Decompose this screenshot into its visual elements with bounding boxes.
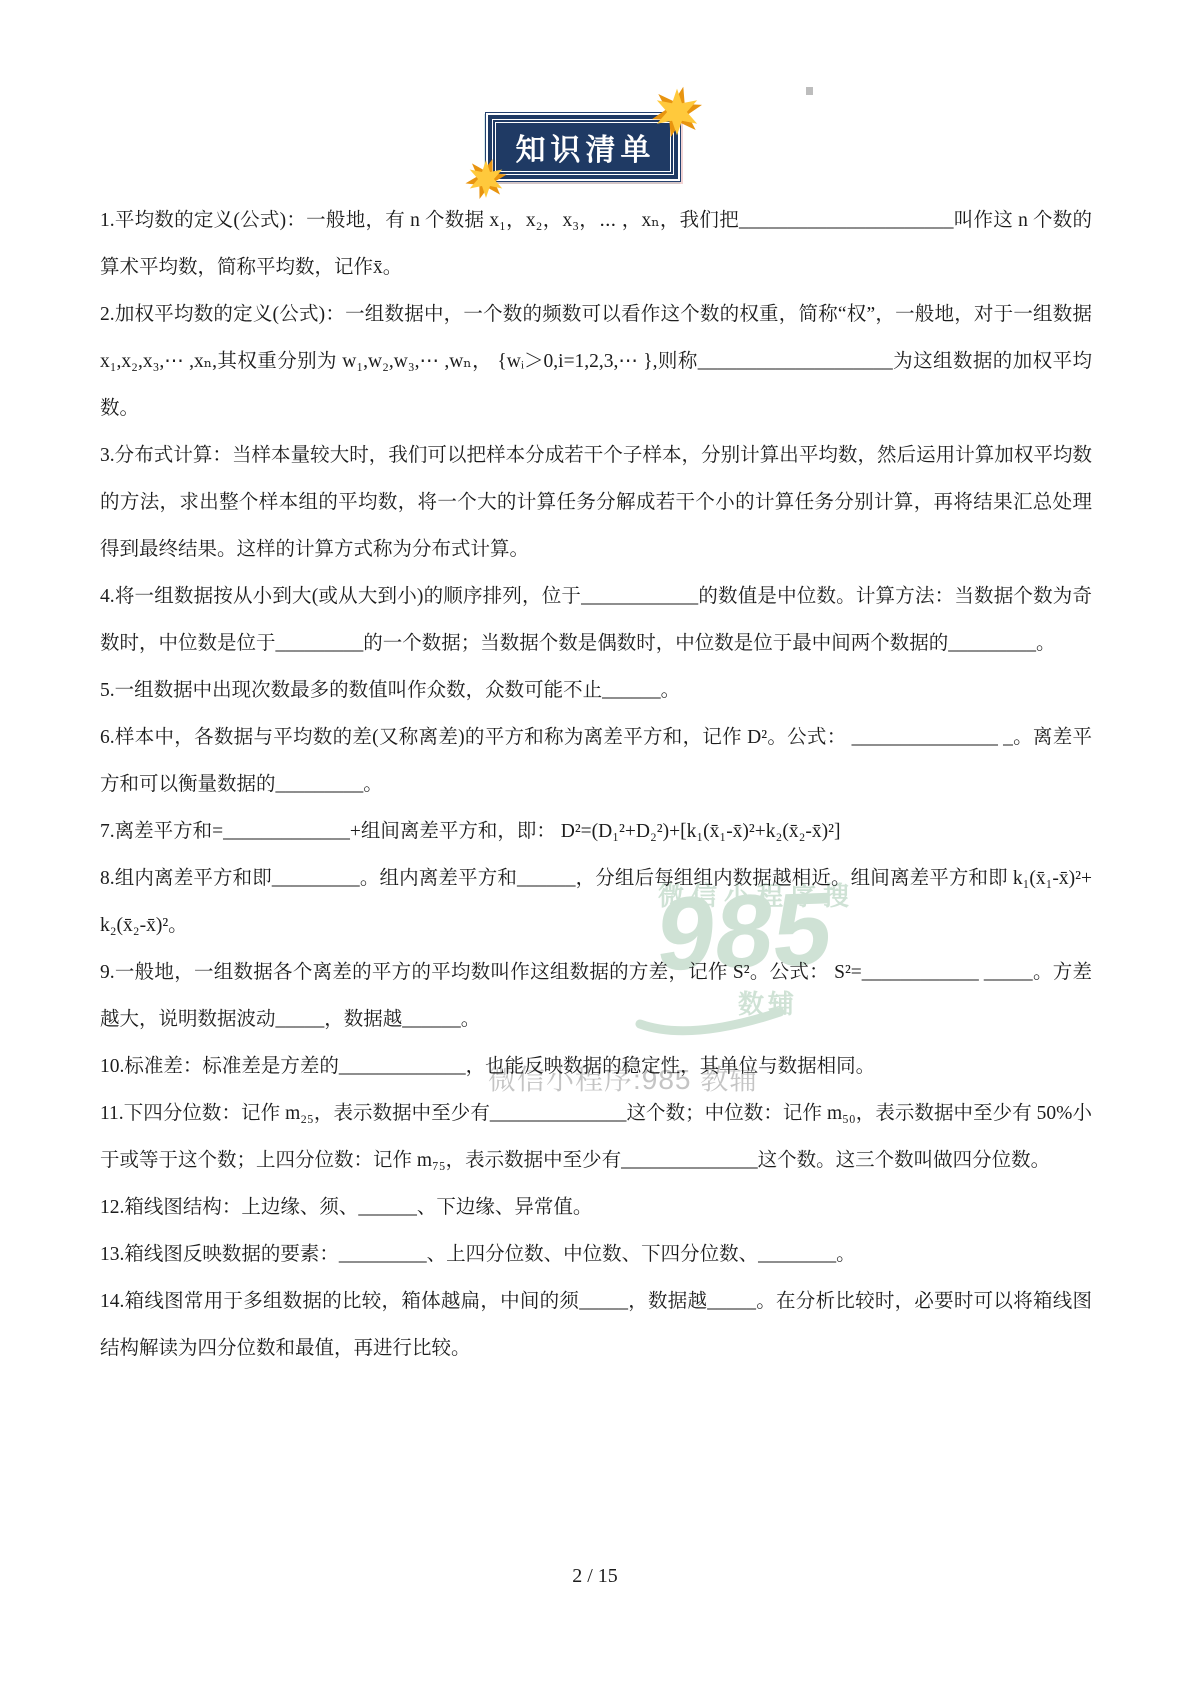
knowledge-item-14: 14.箱线图常用于多组数据的比较，箱体越扁，中间的须_____，数据越_____…	[100, 1278, 1092, 1372]
knowledge-item-1: 1.平均数的定义(公式)：一般地，有 n 个数据 x₁，x₂，x₃，⋯ ，xₙ，…	[100, 197, 1092, 291]
page-number: 2 / 15	[0, 1565, 1190, 1588]
knowledge-item-11: 11.下四分位数：记作 m₂₅，表示数据中至少有______________这个…	[100, 1090, 1092, 1184]
knowledge-item-9: 9.一般地，一组数据各个离差的平方的平均数叫作这组数据的方差，记作 S²。公式：…	[100, 949, 1092, 1043]
knowledge-item-12: 12.箱线图结构：上边缘、须、______、下边缘、异常值。	[100, 1184, 1092, 1231]
star-icon-bottom-left	[465, 158, 507, 200]
knowledge-item-7: 7.离差平方和=_____________+组间离差平方和，即： D²=(D₁²…	[100, 808, 1092, 855]
artifact-mark	[806, 87, 813, 95]
knowledge-item-4: 4.将一组数据按从小到大(或从大到小)的顺序排列，位于____________的…	[100, 573, 1092, 667]
knowledge-list: 1.平均数的定义(公式)：一般地，有 n 个数据 x₁，x₂，x₃，⋯ ，xₙ，…	[100, 197, 1092, 1372]
badge-box: 知识清单	[488, 115, 678, 179]
badge-title: 知识清单	[511, 125, 656, 169]
knowledge-badge: 知识清单	[485, 110, 685, 184]
knowledge-item-5: 5.一组数据中出现次数最多的数值叫作众数，众数可能不止______。	[100, 667, 1092, 714]
knowledge-item-2: 2.加权平均数的定义(公式)：一组数据中，一个数的频数可以看作这个数的权重，简称…	[100, 291, 1092, 432]
knowledge-item-6: 6.样本中，各数据与平均数的差(又称离差)的平方和称为离差平方和，记作 D²。公…	[100, 714, 1092, 808]
worksheet-page: 知识清单 微信小程序搜 985 数辅 微信小程序:985 教辅 1.平均数的定义…	[0, 0, 1190, 1683]
knowledge-item-13: 13.箱线图反映数据的要素：_________、上四分位数、中位数、下四分位数、…	[100, 1231, 1092, 1278]
knowledge-item-3: 3.分布式计算：当样本量较大时，我们可以把样本分成若干个子样本，分别计算出平均数…	[100, 432, 1092, 573]
star-icon-top-right	[651, 86, 703, 138]
knowledge-item-10: 10.标准差：标准差是方差的_____________，也能反映数据的稳定性，其…	[100, 1043, 1092, 1090]
knowledge-item-8: 8.组内离差平方和即_________。组内离差平方和______，分组后每组组…	[100, 855, 1092, 949]
